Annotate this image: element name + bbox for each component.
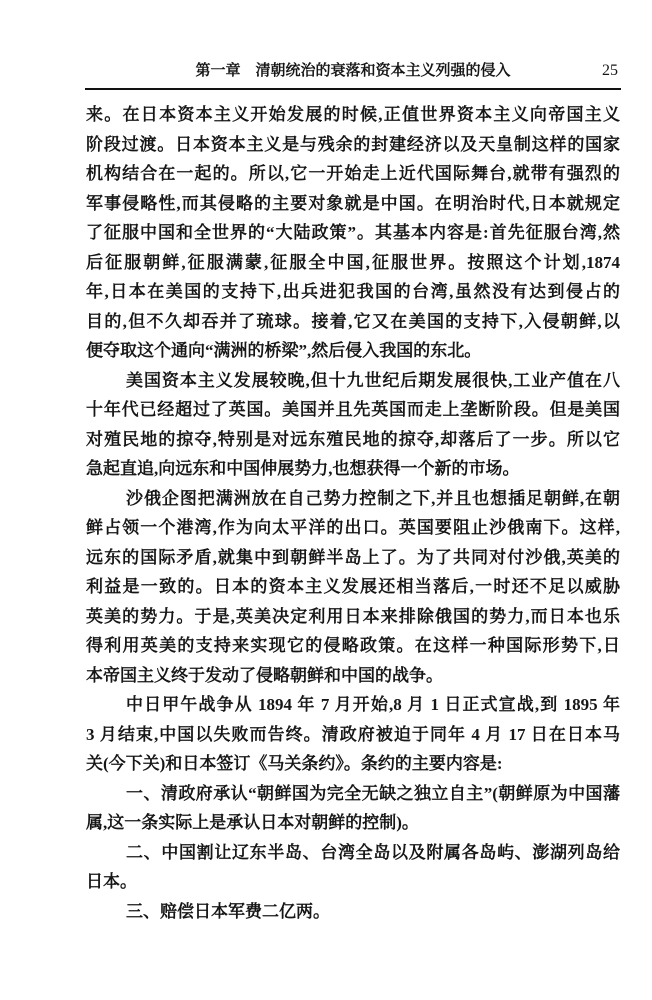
text-line: 中日甲午战争从 1894 年 7 月开始,8 月 1 日正式宣战,到 1895 … [86,690,620,720]
running-header: 第一章 清朝统治的衰落和资本主义列强的侵入 25 [86,60,620,82]
text-line: 军事侵略性,而其侵略的主要对象就是中国。在明治时代,日本就规定 [86,189,620,219]
text-line: 三、赔偿日本军费二亿两。 [86,897,620,927]
text-line: 一、清政府承认“朝鲜国为完全无缺之独立自主”(朝鲜原为中国藩 [86,779,620,809]
chapter-title: 第一章 清朝统治的衰落和资本主义列强的侵入 [86,60,620,82]
text-line: 目的,但不久却吞并了琉球。接着,它又在美国的支持下,入侵朝鲜,以 [86,307,620,337]
text-line: 十年代已经超过了英国。美国并且先英国而走上垄断阶段。但是美国 [86,395,620,425]
page-number: 25 [602,60,618,82]
text-line: 远东的国际矛盾,就集中到朝鲜半岛上了。为了共同对付沙俄,英美的 [86,543,620,573]
text-line: 3 月结束,中国以失败而告终。清政府被迫于同年 4 月 17 日在日本马 [86,720,620,750]
text-line: 日本。 [86,867,620,897]
text-line: 便夺取这个通向“满洲的桥梁”,然后侵入我国的东北。 [86,336,620,366]
text-line: 来。在日本资本主义开始发展的时候,正值世界资本主义向帝国主义 [86,100,620,130]
page-body: 来。在日本资本主义开始发展的时候,正值世界资本主义向帝国主义阶段过渡。日本资本主… [86,100,620,926]
text-line: 了征服中国和全世界的“大陆政策”。其基本内容是:首先征服台湾,然 [86,218,620,248]
book-page: 第一章 清朝统治的衰落和资本主义列强的侵入 25 来。在日本资本主义开始发展的时… [0,0,652,1000]
text-line: 年,日本在美国的支持下,出兵进犯我国的台湾,虽然没有达到侵占的 [86,277,620,307]
text-line: 美国资本主义发展较晚,但十九世纪后期发展很快,工业产值在八 [86,366,620,396]
text-line: 本帝国主义终于发动了侵略朝鲜和中国的战争。 [86,661,620,691]
text-line: 阶段过渡。日本资本主义是与残余的封建经济以及天皇制这样的国家 [86,130,620,160]
text-line: 鲜占领一个港湾,作为向太平洋的出口。英国要阻止沙俄南下。这样, [86,513,620,543]
text-line: 英美的势力。于是,英美决定利用日本来排除俄国的势力,而日本也乐 [86,602,620,632]
text-line: 属,这一条实际上是承认日本对朝鲜的控制)。 [86,808,620,838]
text-line: 二、中国割让辽东半岛、台湾全岛以及附属各岛屿、澎湖列岛给 [86,838,620,868]
text-line: 机构结合在一起的。所以,它一开始走上近代国际舞台,就带有强烈的 [86,159,620,189]
text-line: 利益是一致的。日本的资本主义发展还相当落后,一时还不足以威胁 [86,572,620,602]
text-line: 急起直追,向远东和中国伸展势力,也想获得一个新的市场。 [86,454,620,484]
text-line: 得利用英美的支持来实现它的侵略政策。在这样一种国际形势下,日 [86,631,620,661]
text-line: 对殖民地的掠夺,特别是对远东殖民地的掠夺,却落后了一步。所以它 [86,425,620,455]
text-line: 沙俄企图把满洲放在自己势力控制之下,并且也想插足朝鲜,在朝 [86,484,620,514]
text-line: 后征服朝鲜,征服满蒙,征服全中国,征服世界。按照这个计划,1874 [86,248,620,278]
header-rule [85,88,621,90]
text-line: 关(今下关)和日本签订《马关条约》。条约的主要内容是: [86,749,620,779]
